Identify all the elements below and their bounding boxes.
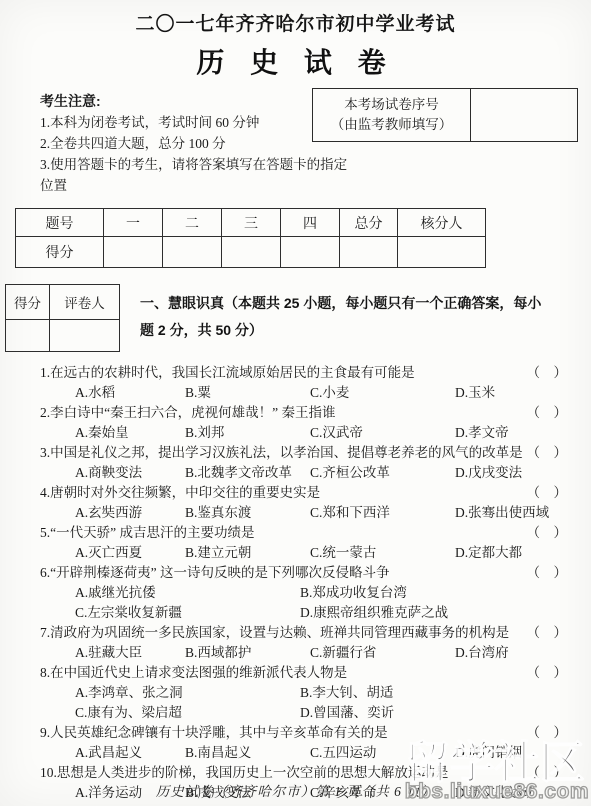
question-stem: 5.“一代天骄” 成吉思汗的主要功绩是: [40, 523, 254, 543]
score-table-header-cell: 四: [281, 209, 340, 237]
score-table-header-row: 题号 一 二 三 四 总分 核分人: [16, 209, 486, 237]
question-stem: 2.李白诗中“秦王扫六合，虎视何雄哉！” 秦王指谁: [40, 403, 335, 423]
option-c: C.小麦: [310, 383, 455, 403]
score-table-header-cell: 总分: [340, 209, 398, 237]
grader-box-score-label: 得分: [6, 285, 50, 320]
question-1: 1.在远古的农耕时代，我国长江流域原始居民的主食最有可能是 （ ） A.水稻 B…: [40, 363, 567, 403]
option-d: D.戊戌变法: [455, 463, 567, 483]
proctor-serial-box: 本考场试卷序号 （由监考教师填写）: [312, 88, 578, 142]
answer-bracket: （ ）: [527, 443, 568, 463]
score-row-label: 得分: [16, 237, 104, 268]
grader-box-grader-cell: [50, 320, 120, 352]
option-c: C.汉武帝: [310, 423, 455, 443]
score-table-header-cell: 一: [104, 209, 163, 237]
score-cell: [222, 237, 281, 268]
question-3: 3.中国是礼仪之邦，提出学习汉族礼法，以孝治国、提倡尊老养老的风气的改革是 （ …: [40, 443, 567, 483]
notice-label: 考生注意:: [40, 91, 350, 112]
question-stem: 3.中国是礼仪之邦，提出学习汉族礼法，以孝治国、提倡尊老养老的风气的改革是: [40, 443, 523, 463]
grader-score-box: 得分 评卷人: [5, 284, 120, 352]
option-a: A.秦始皇: [75, 423, 185, 443]
option-b: B.北魏孝文帝改革: [185, 463, 310, 483]
question-8: 8.在中国近代史上请求变法图强的维新派代表人物是 （ ） A.李鸿章、张之洞 B…: [40, 663, 567, 723]
option-d: D.孝文帝: [455, 423, 567, 443]
question-stem: 7.清政府为巩固统一多民族国家，设置与达赖、班禅共同管理西藏事务的机构是: [40, 623, 509, 643]
question-stem: 8.在中国近代史上请求变法图强的维新派代表人物是: [40, 663, 347, 683]
option-a: A.李鸿章、张之洞: [75, 683, 300, 703]
option-c: C.康有为、梁启超: [75, 703, 300, 723]
section-1-heading: 一、慧眼识真（本题共 25 小题，每小题只有一个正确答案，每小题 2 分，共 5…: [140, 284, 544, 352]
answer-bracket: （ ）: [527, 663, 568, 683]
answer-bracket: （ ）: [527, 563, 568, 583]
option-d: D.康熙帝组织雅克萨之战: [300, 603, 567, 623]
option-a: A.驻藏大臣: [75, 643, 185, 663]
option-a: A.戚继光抗倭: [75, 583, 300, 603]
section-1-header-row: 得分 评卷人 一、慧眼识真（本题共 25 小题，每小题只有一个正确答案，每小题 …: [5, 284, 591, 352]
notice-item: 3.使用答题卡的考生，请将答案填写在答题卡的指定位置: [40, 154, 350, 196]
score-table-header-cell: 核分人: [398, 209, 486, 237]
grader-box-blank-row: [6, 320, 120, 352]
option-b: B.粟: [185, 383, 310, 403]
score-cell: [163, 237, 222, 268]
answer-bracket: （ ）: [527, 523, 568, 543]
option-b: B.李大钊、胡适: [300, 683, 567, 703]
option-d: D.玉米: [455, 383, 567, 403]
score-table-header-cell: 三: [222, 209, 281, 237]
grader-box-header-row: 得分 评卷人: [6, 285, 120, 320]
option-d: D.台湾府: [455, 643, 567, 663]
question-stem: 6.“开辟荆榛逐荷夷” 这一诗句反映的是下列哪次反侵略斗争: [40, 563, 389, 583]
watermark: 留学社区 bbs.liuxue86.com: [405, 740, 589, 802]
option-d: D.张骞出使西域: [455, 503, 567, 523]
score-table-header-cell: 题号: [16, 209, 104, 237]
score-summary-table: 题号 一 二 三 四 总分 核分人 得分: [15, 208, 486, 268]
question-4: 4.唐朝时对外交往频繁，中印交往的重要史实是 （ ） A.玄奘西游 B.鉴真东渡…: [40, 483, 567, 523]
proctor-serial-field: [471, 89, 577, 141]
notice-item: 2.全卷共四道大题，总分 100 分: [40, 133, 350, 154]
score-cell: [104, 237, 163, 268]
answer-bracket: （ ）: [527, 483, 568, 503]
watermark-logo: 留学社区: [405, 740, 589, 785]
option-a: A.武昌起义: [75, 743, 185, 763]
proctor-serial-label-line2: （由监考教师填写）: [331, 115, 453, 135]
question-6: 6.“开辟荆榛逐荷夷” 这一诗句反映的是下列哪次反侵略斗争 （ ） A.戚继光抗…: [40, 563, 567, 623]
exam-title: 二〇一七年齐齐哈尔市初中学业考试: [0, 0, 591, 36]
option-c: C.统一蒙古: [310, 543, 455, 563]
option-c: C.左宗棠收复新疆: [75, 603, 300, 623]
question-stem: 4.唐朝时对外交往频繁，中印交往的重要史实是: [40, 483, 320, 503]
subject-title: 历 史 试 卷: [0, 41, 591, 81]
option-b: B.西域都护: [185, 643, 310, 663]
option-c: C.郑和下西洋: [310, 503, 455, 523]
question-7: 7.清政府为巩固统一多民族国家，设置与达赖、班禅共同管理西藏事务的机构是 （ ）…: [40, 623, 567, 663]
option-a: A.灭亡西夏: [75, 543, 185, 563]
option-d: D.曾国藩、奕䜣: [300, 703, 567, 723]
option-b: B.刘邦: [185, 423, 310, 443]
score-table-header-cell: 二: [163, 209, 222, 237]
proctor-serial-label: 本考场试卷序号 （由监考教师填写）: [313, 89, 471, 141]
proctor-serial-label-line1: 本考场试卷序号: [344, 95, 439, 115]
option-b: B.鉴真东渡: [185, 503, 310, 523]
option-c: C.齐桓公改革: [310, 463, 455, 483]
option-b: B.郑成功收复台湾: [300, 583, 567, 603]
question-stem: 9.人民英雄纪念碑镶有十块浮雕，其中与辛亥革命有关的是: [40, 723, 388, 743]
score-table-score-row: 得分: [16, 237, 486, 268]
question-5: 5.“一代天骄” 成吉思汗的主要功绩是 （ ） A.灭亡西夏 B.建立元朝 C.…: [40, 523, 567, 563]
answer-bracket: （ ）: [527, 363, 568, 383]
answer-bracket: （ ）: [527, 403, 568, 423]
question-2: 2.李白诗中“秦王扫六合，虎视何雄哉！” 秦王指谁 （ ） A.秦始皇 B.刘邦…: [40, 403, 567, 443]
option-a: A.水稻: [75, 383, 185, 403]
option-a: A.商鞅变法: [75, 463, 185, 483]
grader-box-grader-label: 评卷人: [50, 285, 120, 320]
answer-bracket: （ ）: [527, 623, 568, 643]
option-b: B.南昌起义: [185, 743, 310, 763]
option-b: B.建立元朝: [185, 543, 310, 563]
score-cell: [281, 237, 340, 268]
notice-item: 1.本科为闭卷考试，考试时间 60 分钟: [40, 112, 350, 133]
exam-paper-page: 二〇一七年齐齐哈尔市初中学业考试 历 史 试 卷 考生注意: 1.本科为闭卷考试…: [0, 0, 591, 806]
option-c: C.新疆行省: [310, 643, 455, 663]
score-cell: [398, 237, 486, 268]
grader-box-score-cell: [6, 320, 50, 352]
option-d: D.定都大都: [455, 543, 567, 563]
question-stem: 1.在远古的农耕时代，我国长江流域原始居民的主食最有可能是: [40, 363, 415, 383]
candidate-notice: 考生注意: 1.本科为闭卷考试，考试时间 60 分钟 2.全卷共四道大题，总分 …: [40, 91, 350, 196]
score-cell: [340, 237, 398, 268]
option-a: A.玄奘西游: [75, 503, 185, 523]
